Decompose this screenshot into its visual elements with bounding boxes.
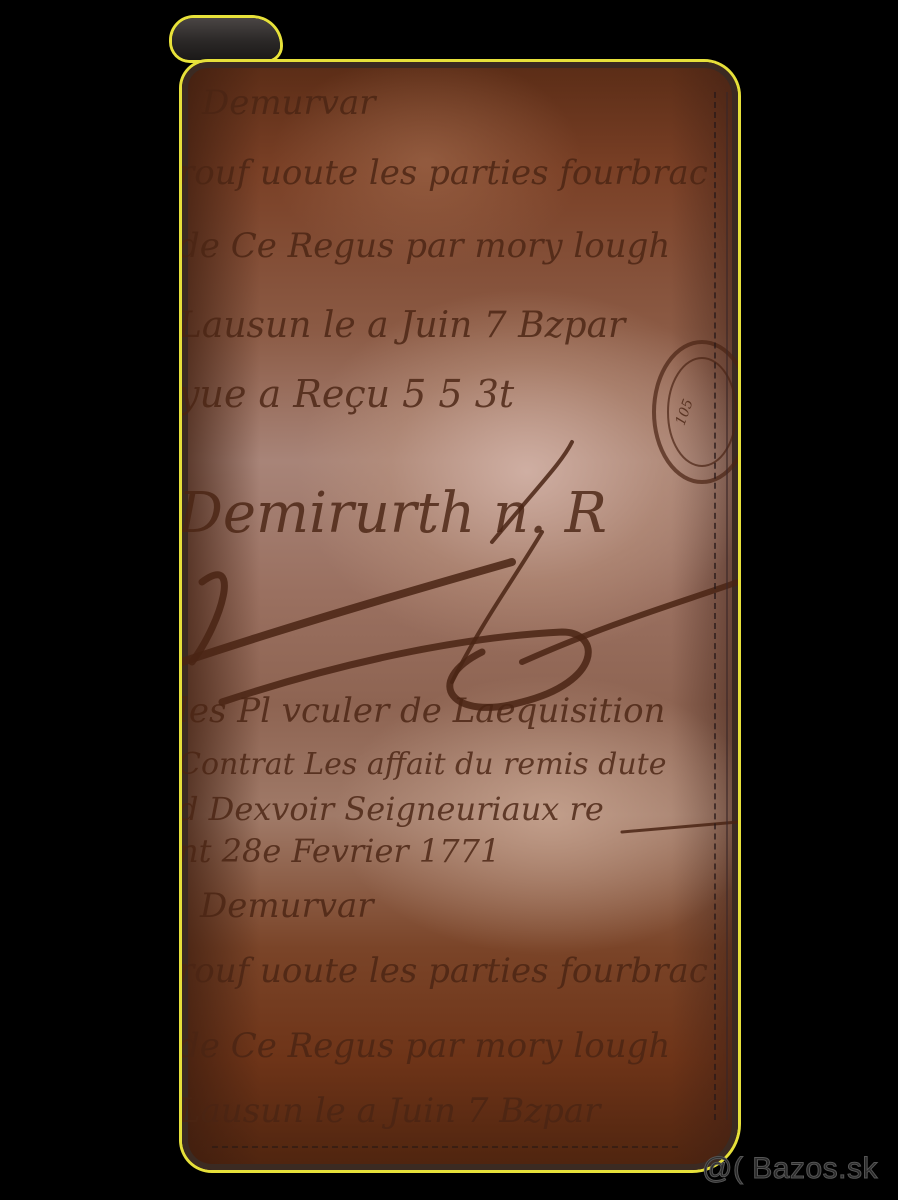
watermark-text: @( Bazos.sk xyxy=(702,1152,878,1186)
engraving-line: Contrat Les affait du remis dute xyxy=(182,747,667,782)
engraving-line: de Ce Regus par mory lough xyxy=(182,226,670,266)
engraving-line: nt 28e Fevrier 1771 xyxy=(182,832,500,870)
engraving-line: Lausun le a Juin 7 Bzpar xyxy=(182,305,627,346)
photo-scene: Demurvar rouf uoute les parties fourbrac… xyxy=(0,0,898,1200)
flourish-stroke xyxy=(182,562,512,662)
engraving-line: yue a Reçu 5 5 3t xyxy=(182,372,515,416)
engraving-line: de Ce Regus par mory lough xyxy=(182,1026,670,1066)
engraving-line: rouf uoute les parties fourbrac xyxy=(182,951,708,991)
engraving-line: rouf uoute les parties fourbrac xyxy=(182,153,708,193)
engraving-line: d Dexvoir Seigneuriaux re xyxy=(182,790,604,828)
svg-text:105: 105 xyxy=(673,397,697,428)
zipper-stitching xyxy=(714,92,728,1120)
leather-wallet: Demurvar rouf uoute les parties fourbrac… xyxy=(182,62,738,1170)
flourish-stroke xyxy=(522,582,738,662)
zipper-pull xyxy=(172,18,280,60)
engraving-line: les Pl vculer de Laequisition xyxy=(182,691,665,731)
engraved-script: Demurvar rouf uoute les parties fourbrac… xyxy=(182,62,738,1170)
engraving-line: Demurvar xyxy=(199,886,375,926)
engraving-signature: Demirurth n. R xyxy=(182,481,607,546)
script-svg: Demurvar rouf uoute les parties fourbrac… xyxy=(182,62,738,1170)
bottom-stitching xyxy=(212,1146,678,1156)
engraving-line: Demurvar xyxy=(201,83,377,123)
engraving-line: Lausun le a Juin 7 Bzpar xyxy=(182,1091,602,1131)
